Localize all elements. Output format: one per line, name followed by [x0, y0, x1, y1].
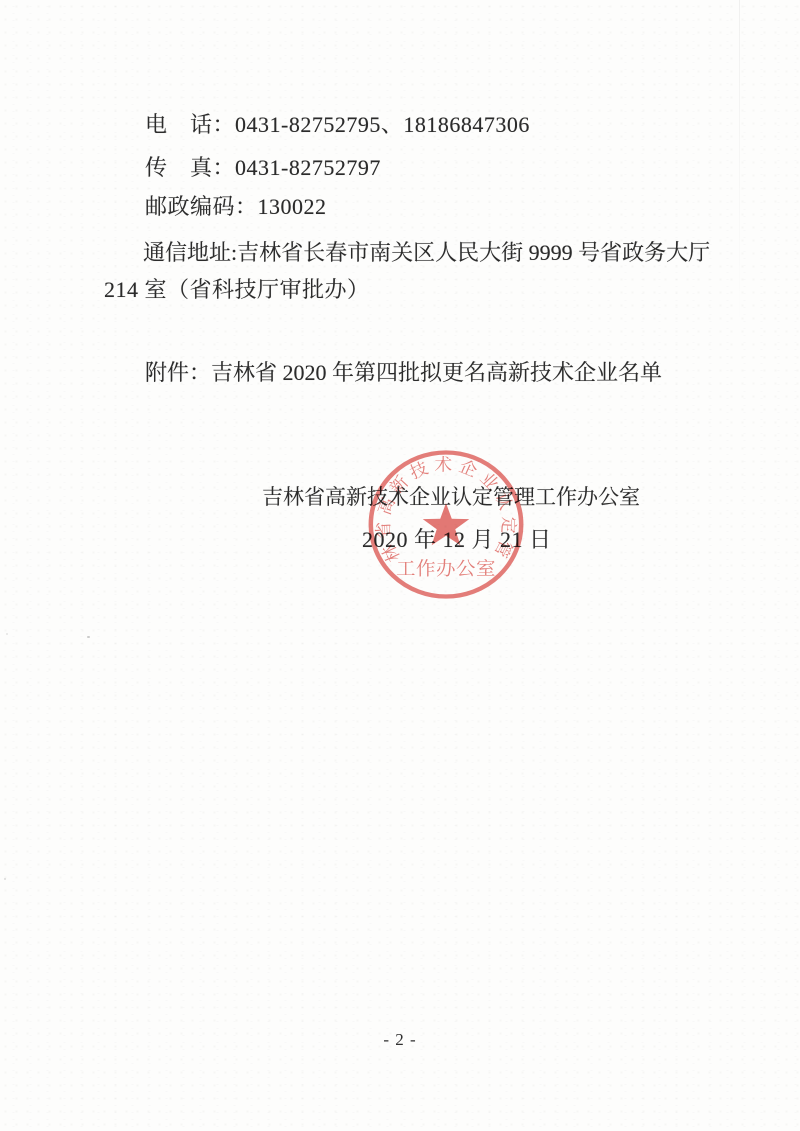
page-number-text: - 2 -	[383, 1030, 416, 1049]
address-line: 通信地址:吉林省长春市南关区人民大街 9999 号省政务大厅	[143, 240, 710, 266]
phone-line: 电 话：0431-82752795、18186847306	[145, 112, 530, 138]
address-line-2-text: 214 室（省科技厅审批办）	[104, 277, 370, 302]
attachment-line: 附件：吉林省 2020 年第四批拟更名高新技术企业名单	[145, 360, 662, 386]
postal-code-line: 邮政编码：130022	[145, 194, 327, 220]
scan-speck	[87, 636, 90, 638]
postal-code-value: 130022	[258, 194, 327, 219]
phone-value: 0431-82752795、18186847306	[235, 112, 530, 137]
fax-label: 传 真：	[145, 155, 235, 180]
signature-date: 2020 年 12 月 21 日	[362, 523, 552, 554]
scan-edge-line	[739, 0, 740, 330]
phone-label: 电 话：	[145, 112, 235, 137]
document-page: 电 话：0431-82752795、18186847306 传 真：0431-8…	[0, 0, 800, 1131]
scan-speck	[6, 633, 8, 635]
scan-speck	[4, 878, 6, 880]
address-label: 通信地址:	[143, 240, 237, 265]
signature-org-text: 吉林省高新技术企业认定管理工作办公室	[262, 485, 640, 509]
address-line-2: 214 室（省科技厅审批办）	[104, 277, 370, 303]
page-number: - 2 -	[0, 1030, 800, 1050]
attachment-label: 附件：	[145, 360, 211, 385]
fax-line: 传 真：0431-82752797	[145, 155, 381, 181]
address-value: 吉林省长春市南关区人民大街 9999 号省政务大厅	[237, 240, 710, 265]
fax-value: 0431-82752797	[235, 155, 381, 180]
signature-date-text: 2020 年 12 月 21 日	[362, 527, 552, 552]
postal-code-label: 邮政编码：	[145, 194, 258, 219]
seal-bottom-text: 工作办公室	[396, 558, 496, 580]
signature-org: 吉林省高新技术企业认定管理工作办公室	[262, 481, 640, 511]
attachment-value: 吉林省 2020 年第四批拟更名高新技术企业名单	[211, 360, 662, 385]
